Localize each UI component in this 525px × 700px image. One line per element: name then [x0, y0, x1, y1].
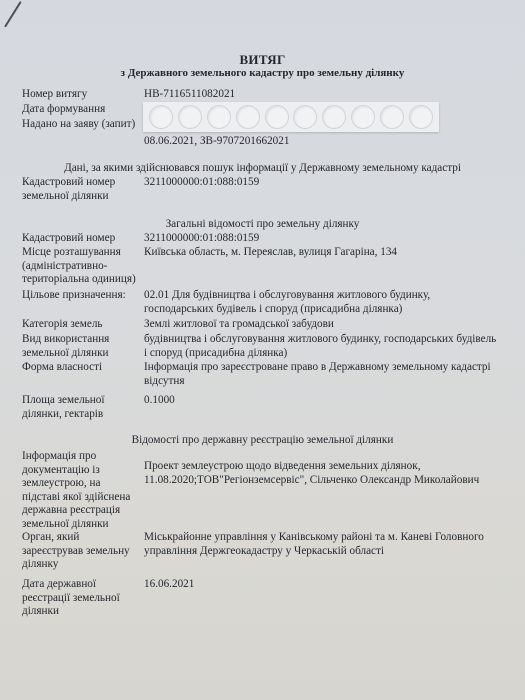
- sticker-dot: [380, 105, 404, 129]
- field-label: Кадастровий номер: [22, 232, 144, 246]
- sticker-dot: [265, 105, 289, 129]
- field-value: 0.1000: [144, 394, 514, 408]
- field-value: 3211000000:01:088:0159: [144, 232, 514, 246]
- field-label: Орган, якийзареєстрував земельнуділянку: [22, 531, 144, 572]
- sticker-dot: [236, 105, 260, 129]
- field-label: Місце розташування(адміністративно-терит…: [22, 246, 144, 287]
- sticker-dot: [149, 105, 173, 129]
- sticker-dot: [293, 105, 317, 129]
- field-value: Проект землеустрою щодо відведення земел…: [144, 460, 514, 487]
- field-value: Землі житлової та громадської забудови: [144, 318, 514, 332]
- field-value: 08.06.2021, ЗВ-9707201662021: [144, 135, 289, 149]
- field-value: Інформація про зареєстроване право в Дер…: [144, 361, 514, 388]
- redaction-sticker: [143, 102, 439, 132]
- pen-mark: [4, 1, 22, 28]
- document-title: ВИТЯГ: [0, 52, 525, 68]
- field-label: Дата формування: [22, 103, 105, 117]
- sticker-dot: [351, 105, 375, 129]
- field-label: Кадастровий номерземельної ділянки: [22, 176, 144, 203]
- sticker-dot: [178, 105, 202, 129]
- field-value: будівництва і обслуговування житлового б…: [144, 333, 514, 360]
- sticker-dot: [409, 105, 433, 129]
- field-label: Цільове призначення:: [22, 289, 144, 303]
- field-value: НВ-7116511082021: [144, 88, 235, 102]
- field-label: Надано на заяву (запит): [22, 118, 135, 132]
- field-label: Категорія земель: [22, 318, 144, 332]
- field-value: 3211000000:01:088:0159: [144, 176, 514, 190]
- field-label: Дата державноїреєстрації земельноїділянк…: [22, 578, 144, 619]
- field-value: Київська область, м. Переяслав, вулиця Г…: [144, 246, 514, 260]
- registration-section-heading: Відомості про державну реєстрацію земель…: [0, 434, 525, 446]
- document-subtitle: з Державного земельного кадастру про зем…: [0, 67, 525, 79]
- field-value: Міськрайонне управління у Канівському ра…: [144, 531, 514, 558]
- field-value: 16.06.2021: [144, 578, 514, 592]
- field-value: 02.01 Для будівництва і обслуговування ж…: [144, 289, 514, 316]
- general-section-heading: Загальні відомості про земельну ділянку: [0, 218, 525, 230]
- field-label: Форма власності: [22, 361, 144, 375]
- field-label: Площа земельноїділянки, гектарів: [22, 394, 144, 421]
- field-label: Інформація продокументацію ізземлеустрою…: [22, 450, 144, 531]
- search-section-heading: Дані, за якими здійснювався пошук інформ…: [0, 162, 525, 174]
- field-label: Номер витягу: [22, 88, 87, 102]
- field-label: Вид використанняземельної ділянки: [22, 333, 144, 360]
- sticker-dot: [207, 105, 231, 129]
- sticker-dot: [322, 105, 346, 129]
